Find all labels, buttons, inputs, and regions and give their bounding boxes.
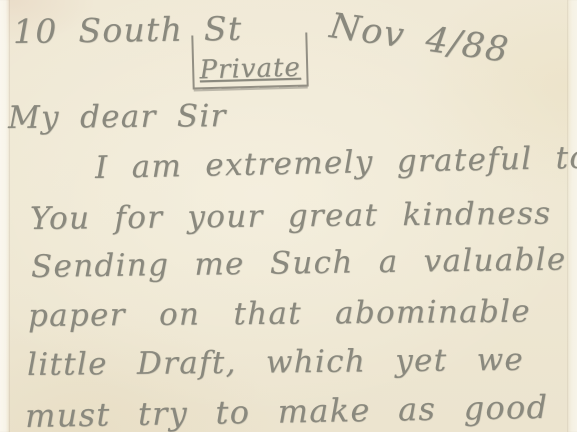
letter-page: 10 South St Private Nov 4/88 My dear Sir…	[0, 0, 577, 432]
paper-edge-left	[0, 0, 10, 432]
body-line: little Draft, which yet we	[27, 342, 524, 383]
body-line: I am extremely grateful to	[95, 140, 577, 186]
body-line: paper on that abominable	[28, 294, 531, 334]
body-line: Sending me Such a valuable	[31, 242, 567, 285]
privacy-stamp: Private	[191, 32, 308, 89]
body-line: must try to make as good	[25, 388, 549, 432]
salutation-line: My dear Sir	[8, 98, 227, 136]
body-line: You for your great kindness in	[30, 195, 577, 237]
date-line: Nov 4/88	[327, 6, 511, 71]
privacy-label: Private	[199, 53, 301, 88]
